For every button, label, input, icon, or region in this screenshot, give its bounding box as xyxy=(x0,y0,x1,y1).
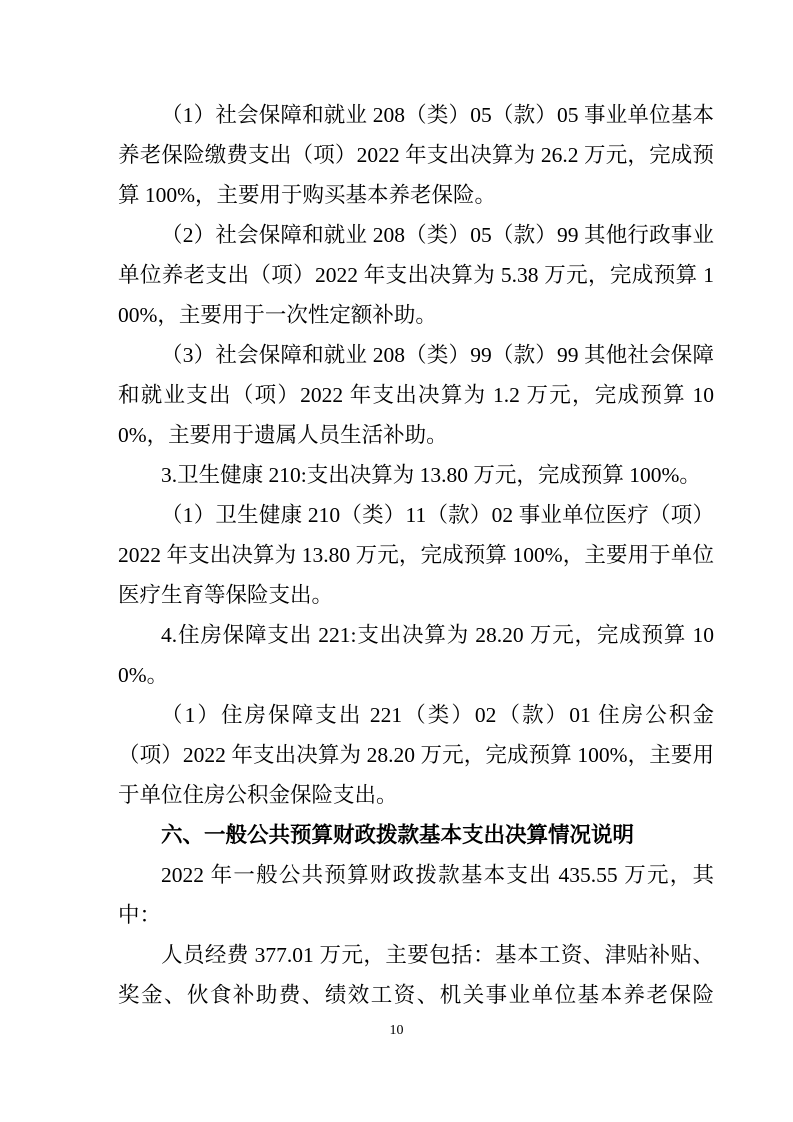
paragraph-housing-221-02-01: （1）住房保障支出 221（类）02（款）01 住房公积金（项）2022 年支出… xyxy=(118,695,714,815)
paragraph-housing-221-summary: 4.住房保障支出 221:支出决算为 28.20 万元，完成预算 100%。 xyxy=(118,615,714,695)
page-body: （1）社会保障和就业 208（类）05（款）05 事业单位基本养老保险缴费支出（… xyxy=(118,95,714,1015)
paragraph-health-210-summary: 3.卫生健康 210:支出决算为 13.80 万元，完成预算 100%。 xyxy=(118,455,714,495)
paragraph-basic-expenditure-total: 2022 年一般公共预算财政拨款基本支出 435.55 万元，其中： xyxy=(118,855,714,935)
paragraph-health-210-11-02: （1）卫生健康 210（类）11（款）02 事业单位医疗（项）2022 年支出决… xyxy=(118,495,714,615)
paragraph-social-security-208-05-05: （1）社会保障和就业 208（类）05（款）05 事业单位基本养老保险缴费支出（… xyxy=(118,95,714,215)
page-number: 10 xyxy=(0,1022,793,1040)
section-heading-basic-expenditure: 六、一般公共预算财政拨款基本支出决算情况说明 xyxy=(118,815,714,855)
paragraph-social-security-208-05-99: （2）社会保障和就业 208（类）05（款）99 其他行政事业单位养老支出（项）… xyxy=(118,215,714,335)
document-page: （1）社会保障和就业 208（类）05（款）05 事业单位基本养老保险缴费支出（… xyxy=(0,0,793,1122)
paragraph-personnel-expense: 人员经费 377.01 万元，主要包括：基本工资、津贴补贴、奖金、伙食补助费、绩… xyxy=(118,935,714,1015)
paragraph-social-security-208-99-99: （3）社会保障和就业 208（类）99（款）99 其他社会保障和就业支出（项）2… xyxy=(118,335,714,455)
